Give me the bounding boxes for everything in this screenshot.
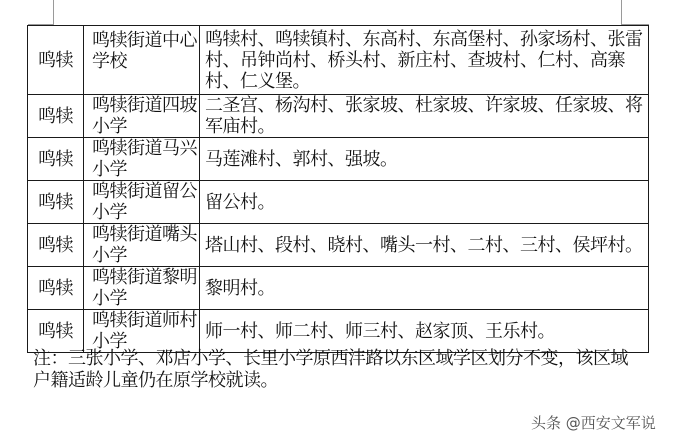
town-cell: 鸣犊 [28,26,84,95]
villages-cell: 留公村。 [200,181,649,224]
school-cell: 鸣犊街道中心学校 [84,26,200,95]
school-cell: 鸣犊街道四坡小学 [84,95,200,138]
town-cell: 鸣犊 [28,310,84,353]
villages-cell: 鸣犊村、鸣犊镇村、东高村、东高堡村、孙家场村、张雷村、吊钟尚村、桥头村、新庄村、… [200,26,649,95]
table-row: 鸣犊 鸣犊街道中心学校 鸣犊村、鸣犊镇村、东高村、东高堡村、孙家场村、张雷村、吊… [28,26,649,95]
table-row: 鸣犊 鸣犊街道留公小学 留公村。 [28,181,649,224]
villages-cell: 黎明村。 [200,267,649,310]
town-cell: 鸣犊 [28,181,84,224]
town-cell: 鸣犊 [28,224,84,267]
table-row: 鸣犊 鸣犊街道马兴小学 马莲滩村、郭村、强坡。 [28,138,649,181]
town-cell: 鸣犊 [28,138,84,181]
villages-cell: 二圣宫、杨沟村、张家坡、杜家坡、许家坡、任家坡、将军庙村。 [200,95,649,138]
villages-cell: 塔山村、段村、晓村、嘴头一村、二村、三村、侯坪村。 [200,224,649,267]
footnote: 注：三张小学、邓店小学、长里小学原西沣路以东区域学区划分不变，该区域户籍适龄儿童… [33,348,643,392]
table-row: 鸣犊 鸣犊街道黎明小学 黎明村。 [28,267,649,310]
town-cell: 鸣犊 [28,267,84,310]
villages-cell: 师一村、师二村、师三村、赵家顶、王乐村。 [200,310,649,353]
school-district-table: 鸣犊 鸣犊街道中心学校 鸣犊村、鸣犊镇村、东高村、东高堡村、孙家场村、张雷村、吊… [27,25,649,353]
school-cell: 鸣犊街道留公小学 [84,181,200,224]
watermark: 头条 @西安文军说 [531,412,656,433]
school-cell: 鸣犊街道马兴小学 [84,138,200,181]
town-cell: 鸣犊 [28,95,84,138]
crop-mark-right-vertical [621,0,622,24]
table-row: 鸣犊 鸣犊街道师村小学 师一村、师二村、师三村、赵家顶、王乐村。 [28,310,649,353]
table-row: 鸣犊 鸣犊街道四坡小学 二圣宫、杨沟村、张家坡、杜家坡、许家坡、任家坡、将军庙村… [28,95,649,138]
crop-mark-left-vertical [53,0,54,24]
villages-cell: 马莲滩村、郭村、强坡。 [200,138,649,181]
school-cell: 鸣犊街道嘴头小学 [84,224,200,267]
table-row: 鸣犊 鸣犊街道嘴头小学 塔山村、段村、晓村、嘴头一村、二村、三村、侯坪村。 [28,224,649,267]
school-cell: 鸣犊街道师村小学 [84,310,200,353]
school-cell: 鸣犊街道黎明小学 [84,267,200,310]
